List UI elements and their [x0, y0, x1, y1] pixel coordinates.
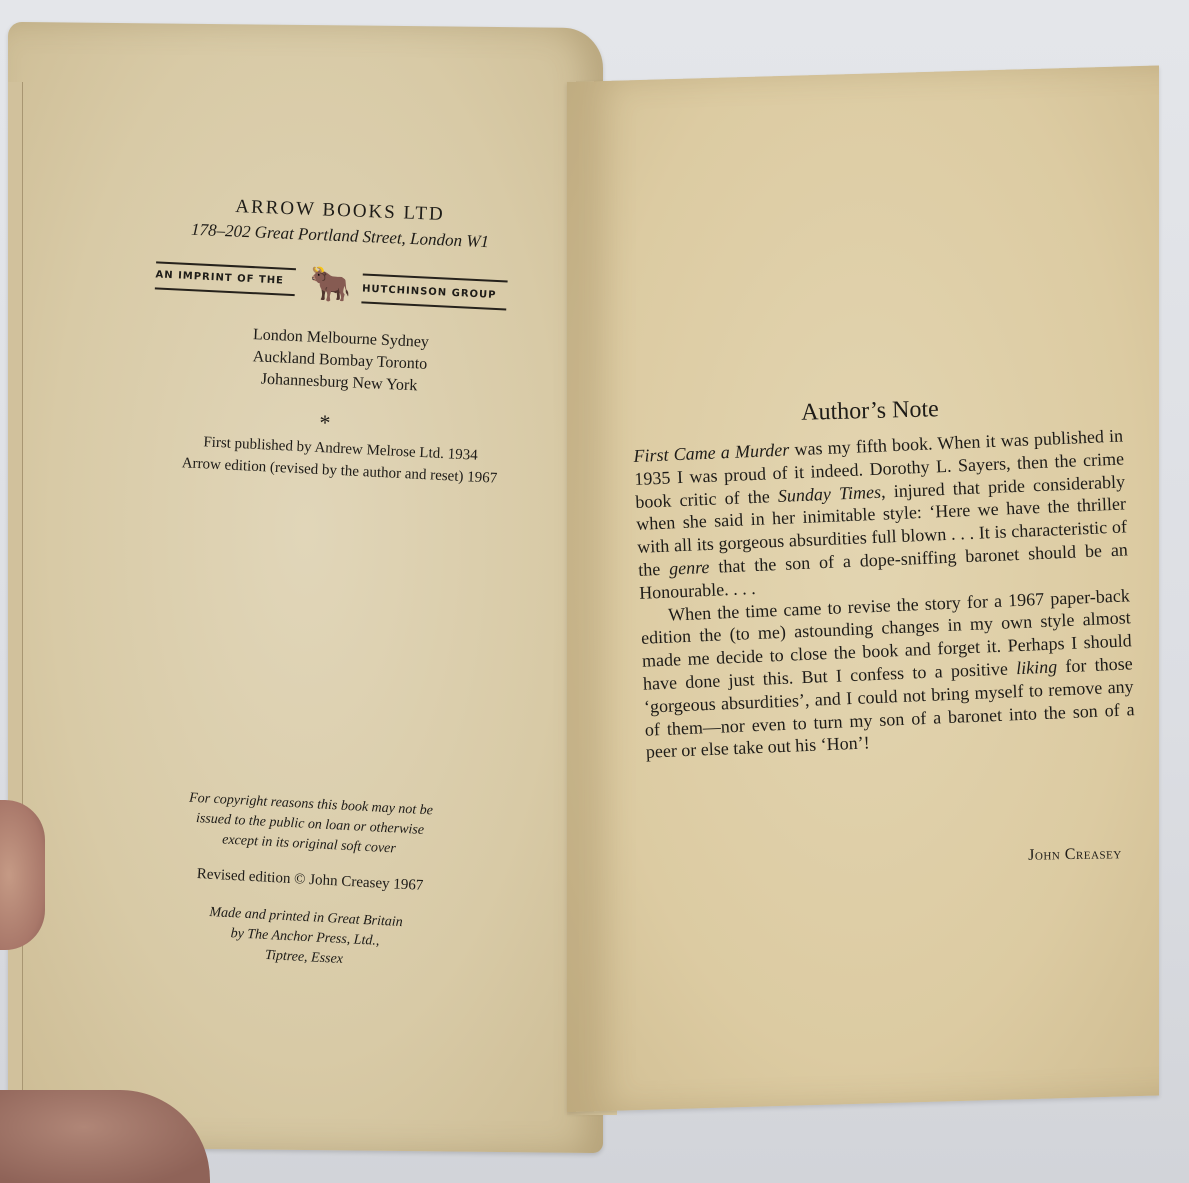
book-title: First Came a Murder: [633, 439, 790, 466]
authors-note-body: First Came a Murder was my fifth book. W…: [633, 424, 1136, 763]
left-page: [8, 22, 603, 1153]
thumb: [0, 800, 45, 950]
paragraph: First Came a Murder was my fifth book. W…: [633, 424, 1129, 604]
genre-word: genre: [669, 557, 710, 579]
imprint-rule: [363, 273, 508, 282]
imprint-rule: [155, 287, 295, 296]
paragraph: When the time came to revise the story f…: [640, 584, 1136, 764]
bull-icon: 🐂: [304, 261, 356, 311]
imprint-rule: [361, 301, 506, 310]
emphasis-word: liking: [1016, 656, 1058, 678]
imprint-left-text: AN IMPRINT OF THE: [155, 269, 284, 286]
asterisk-separator: *: [300, 410, 350, 436]
imprint-rule: [156, 261, 296, 270]
newspaper-name: Sunday Times: [777, 481, 881, 505]
author-signature: John Creasey: [990, 845, 1160, 866]
imprint-right-text: HUTCHINSON GROUP: [362, 283, 497, 301]
